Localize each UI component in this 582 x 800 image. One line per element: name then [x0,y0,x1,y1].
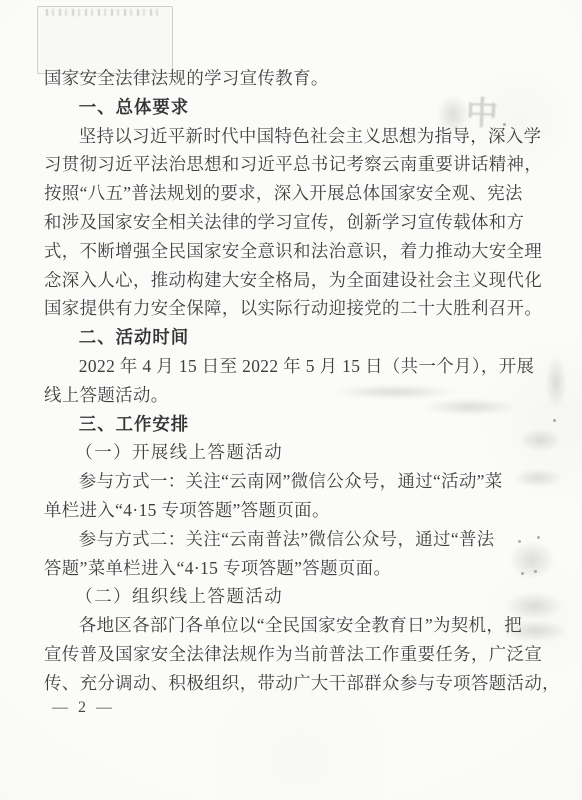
text-line: 习贯彻习近平法治思想和习近平总书记考察云南重要讲话精神， [44,150,526,179]
document-body: 国家安全法律法规的学习宣传教育。一、总体要求坚持以习近平新时代中国特色社会主义思… [44,64,526,698]
scan-speck [537,536,540,539]
text-line: 念深入人心，推动构建大安全格局，为全面建设社会主义现代化 [44,266,526,295]
text-line: 传、充分调动、积极组织，带动广大干部群众参与专项答题活动， [44,669,526,698]
text-line: （一）开展线上答题活动 [44,438,526,467]
text-line: 参与方式二：关注“云南普法”微信公众号，通过“普法 [44,525,526,554]
page-number: — 2 — [52,698,115,718]
text-line: 国家安全法律法规的学习宣传教育。 [44,64,526,93]
text-line: 线上答题活动。 [44,381,526,410]
scan-stamp-smudge [46,9,162,16]
scan-speck [534,570,537,573]
text-line: 答题”菜单栏进入“4·15 专项答题”答题页面。 [44,554,526,583]
text-line: 一、总体要求 [44,93,526,122]
text-line: 国家提供有力安全保障，以实际行动迎接党的二十大胜利召开。 [44,294,526,323]
text-line: 按照“八五”普法规划的要求，深入开展总体国家安全观、宪法 [44,179,526,208]
text-line: 单栏进入“4·15 专项答题”答题页面。 [44,496,526,525]
text-line: 参与方式一：关注“云南网”微信公众号，通过“活动”菜 [44,467,526,496]
text-line: 各地区各部门各单位以“全民国家安全教育日”为契机，把 [44,611,526,640]
text-line: （二）组织线上答题活动 [44,582,526,611]
scan-smudge [545,355,567,410]
text-line: 三、工作安排 [44,410,526,439]
scan-speck [553,419,556,422]
text-line: 式，不断增强全民国家安全意识和法治意识，着力推动大安全理 [44,237,526,266]
text-line: 坚持以习近平新时代中国特色社会主义思想为指导，深入学 [44,122,526,151]
text-line: 和涉及国家安全相关法律的学习宣传，创新学习宣传载体和方 [44,208,526,237]
text-line: 二、活动时间 [44,323,526,352]
text-line: 宣传普及国家安全法律法规作为当前普法工作重要任务，广泛宣 [44,640,526,669]
document-page: 中 国家安全法律法规的学习宣传教育。一、总体要求坚持以习近平新时代中国特色社会主… [0,0,582,800]
text-line: 2022 年 4 月 15 日至 2022 年 5 月 15 日（共一个月），开… [44,352,526,381]
